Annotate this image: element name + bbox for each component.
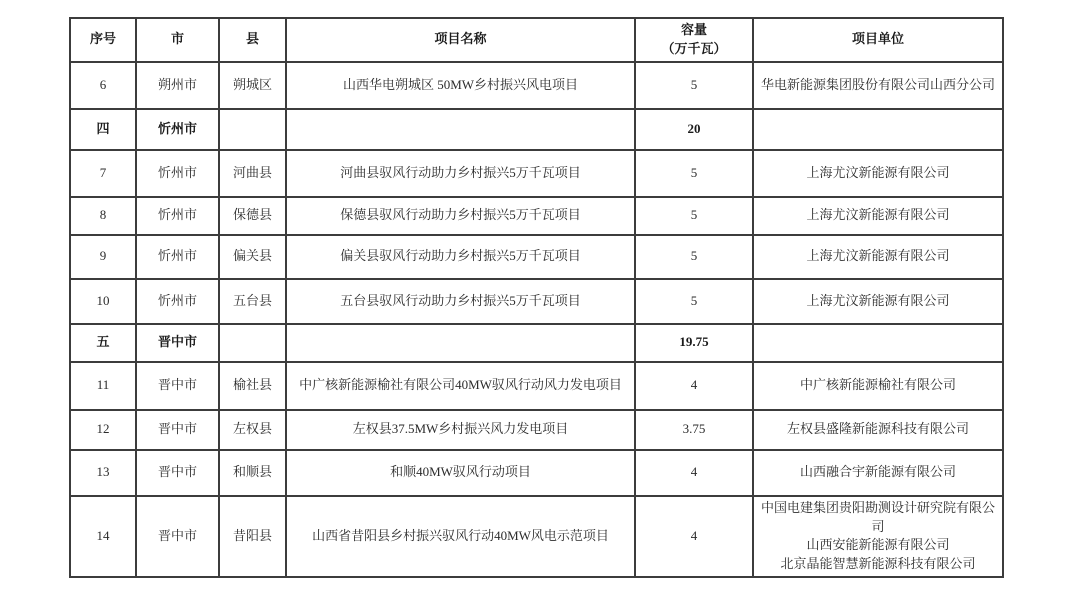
table-row: 10 忻州市 五台县 五台县驭风行动助力乡村振兴5万千瓦项目 5 上海尤汶新能源…: [70, 279, 1003, 324]
header-capacity-line1: 容量: [640, 21, 748, 40]
table-row: 13 晋中市 和顺县 和顺40MW驭风行动项目 4 山西融合宇新能源有限公司: [70, 450, 1003, 496]
cell-capacity: 4: [635, 496, 753, 577]
cell-county: [219, 109, 286, 150]
table-row: 四 忻州市 20: [70, 109, 1003, 150]
cell-project: 中广核新能源榆社有限公司40MW驭风行动风力发电项目: [286, 362, 635, 410]
cell-city: 晋中市: [136, 496, 219, 577]
cell-city: 忻州市: [136, 109, 219, 150]
cell-unit: 上海尤汶新能源有限公司: [753, 197, 1003, 235]
cell-city: 晋中市: [136, 410, 219, 450]
cell-capacity: 4: [635, 450, 753, 496]
cell-project: 五台县驭风行动助力乡村振兴5万千瓦项目: [286, 279, 635, 324]
cell-city: 晋中市: [136, 324, 219, 362]
cell-city: 忻州市: [136, 279, 219, 324]
cell-county: 保德县: [219, 197, 286, 235]
projects-table-wrap: 序号 市 县 项目名称 容量 （万千瓦） 项目单位 6 朔州市 朔城区 山西华电…: [69, 17, 1004, 578]
table-row: 五 晋中市 19.75: [70, 324, 1003, 362]
cell-unit: 中广核新能源榆社有限公司: [753, 362, 1003, 410]
cell-capacity: 4: [635, 362, 753, 410]
header-seq: 序号: [70, 18, 136, 62]
table-header: 序号 市 县 项目名称 容量 （万千瓦） 项目单位: [70, 18, 1003, 62]
cell-unit: 山西融合宇新能源有限公司: [753, 450, 1003, 496]
header-capacity: 容量 （万千瓦）: [635, 18, 753, 62]
cell-unit: 左权县盛隆新能源科技有限公司: [753, 410, 1003, 450]
header-project: 项目名称: [286, 18, 635, 62]
cell-project: 河曲县驭风行动助力乡村振兴5万千瓦项目: [286, 150, 635, 197]
document-page: 序号 市 县 项目名称 容量 （万千瓦） 项目单位 6 朔州市 朔城区 山西华电…: [0, 0, 1080, 600]
cell-unit: [753, 324, 1003, 362]
cell-capacity: 5: [635, 235, 753, 279]
cell-capacity: 20: [635, 109, 753, 150]
table-row: 7 忻州市 河曲县 河曲县驭风行动助力乡村振兴5万千瓦项目 5 上海尤汶新能源有…: [70, 150, 1003, 197]
cell-project: 保德县驭风行动助力乡村振兴5万千瓦项目: [286, 197, 635, 235]
cell-project: [286, 324, 635, 362]
cell-unit: 上海尤汶新能源有限公司: [753, 150, 1003, 197]
cell-seq: 四: [70, 109, 136, 150]
cell-project: 山西华电朔城区 50MW乡村振兴风电项目: [286, 62, 635, 109]
cell-city: 忻州市: [136, 197, 219, 235]
cell-seq: 6: [70, 62, 136, 109]
cell-county: 昔阳县: [219, 496, 286, 577]
cell-county: 河曲县: [219, 150, 286, 197]
table-row: 9 忻州市 偏关县 偏关县驭风行动助力乡村振兴5万千瓦项目 5 上海尤汶新能源有…: [70, 235, 1003, 279]
cell-capacity: 3.75: [635, 410, 753, 450]
cell-capacity: 5: [635, 279, 753, 324]
table-row: 14 晋中市 昔阳县 山西省昔阳县乡村振兴驭风行动40MW风电示范项目 4 中国…: [70, 496, 1003, 577]
cell-unit: 上海尤汶新能源有限公司: [753, 279, 1003, 324]
cell-county: 和顺县: [219, 450, 286, 496]
cell-project: 和顺40MW驭风行动项目: [286, 450, 635, 496]
cell-city: 晋中市: [136, 362, 219, 410]
cell-county: 左权县: [219, 410, 286, 450]
cell-city: 朔州市: [136, 62, 219, 109]
cell-seq: 11: [70, 362, 136, 410]
cell-unit: 上海尤汶新能源有限公司: [753, 235, 1003, 279]
header-city: 市: [136, 18, 219, 62]
cell-project: [286, 109, 635, 150]
table-row: 8 忻州市 保德县 保德县驭风行动助力乡村振兴5万千瓦项目 5 上海尤汶新能源有…: [70, 197, 1003, 235]
header-unit: 项目单位: [753, 18, 1003, 62]
projects-table: 序号 市 县 项目名称 容量 （万千瓦） 项目单位 6 朔州市 朔城区 山西华电…: [69, 17, 1004, 578]
cell-seq: 10: [70, 279, 136, 324]
cell-project: 偏关县驭风行动助力乡村振兴5万千瓦项目: [286, 235, 635, 279]
cell-project: 山西省昔阳县乡村振兴驭风行动40MW风电示范项目: [286, 496, 635, 577]
cell-capacity: 19.75: [635, 324, 753, 362]
cell-seq: 13: [70, 450, 136, 496]
header-row: 序号 市 县 项目名称 容量 （万千瓦） 项目单位: [70, 18, 1003, 62]
cell-county: 榆社县: [219, 362, 286, 410]
cell-seq: 12: [70, 410, 136, 450]
cell-unit: [753, 109, 1003, 150]
cell-city: 忻州市: [136, 235, 219, 279]
cell-county: [219, 324, 286, 362]
header-capacity-line2: （万千瓦）: [640, 40, 748, 59]
table-row: 6 朔州市 朔城区 山西华电朔城区 50MW乡村振兴风电项目 5 华电新能源集团…: [70, 62, 1003, 109]
cell-seq: 14: [70, 496, 136, 577]
table-row: 12 晋中市 左权县 左权县37.5MW乡村振兴风力发电项目 3.75 左权县盛…: [70, 410, 1003, 450]
cell-capacity: 5: [635, 62, 753, 109]
cell-project: 左权县37.5MW乡村振兴风力发电项目: [286, 410, 635, 450]
cell-unit: 华电新能源集团股份有限公司山西分公司: [753, 62, 1003, 109]
table-row: 11 晋中市 榆社县 中广核新能源榆社有限公司40MW驭风行动风力发电项目 4 …: [70, 362, 1003, 410]
cell-county: 五台县: [219, 279, 286, 324]
header-county: 县: [219, 18, 286, 62]
cell-seq: 8: [70, 197, 136, 235]
cell-city: 晋中市: [136, 450, 219, 496]
cell-city: 忻州市: [136, 150, 219, 197]
table-body: 6 朔州市 朔城区 山西华电朔城区 50MW乡村振兴风电项目 5 华电新能源集团…: [70, 62, 1003, 577]
cell-capacity: 5: [635, 197, 753, 235]
cell-seq: 五: [70, 324, 136, 362]
cell-county: 偏关县: [219, 235, 286, 279]
cell-seq: 9: [70, 235, 136, 279]
cell-unit: 中国电建集团贵阳勘测设计研究院有限公司 山西安能新能源有限公司 北京晶能智慧新能…: [753, 496, 1003, 577]
cell-county: 朔城区: [219, 62, 286, 109]
cell-seq: 7: [70, 150, 136, 197]
cell-capacity: 5: [635, 150, 753, 197]
